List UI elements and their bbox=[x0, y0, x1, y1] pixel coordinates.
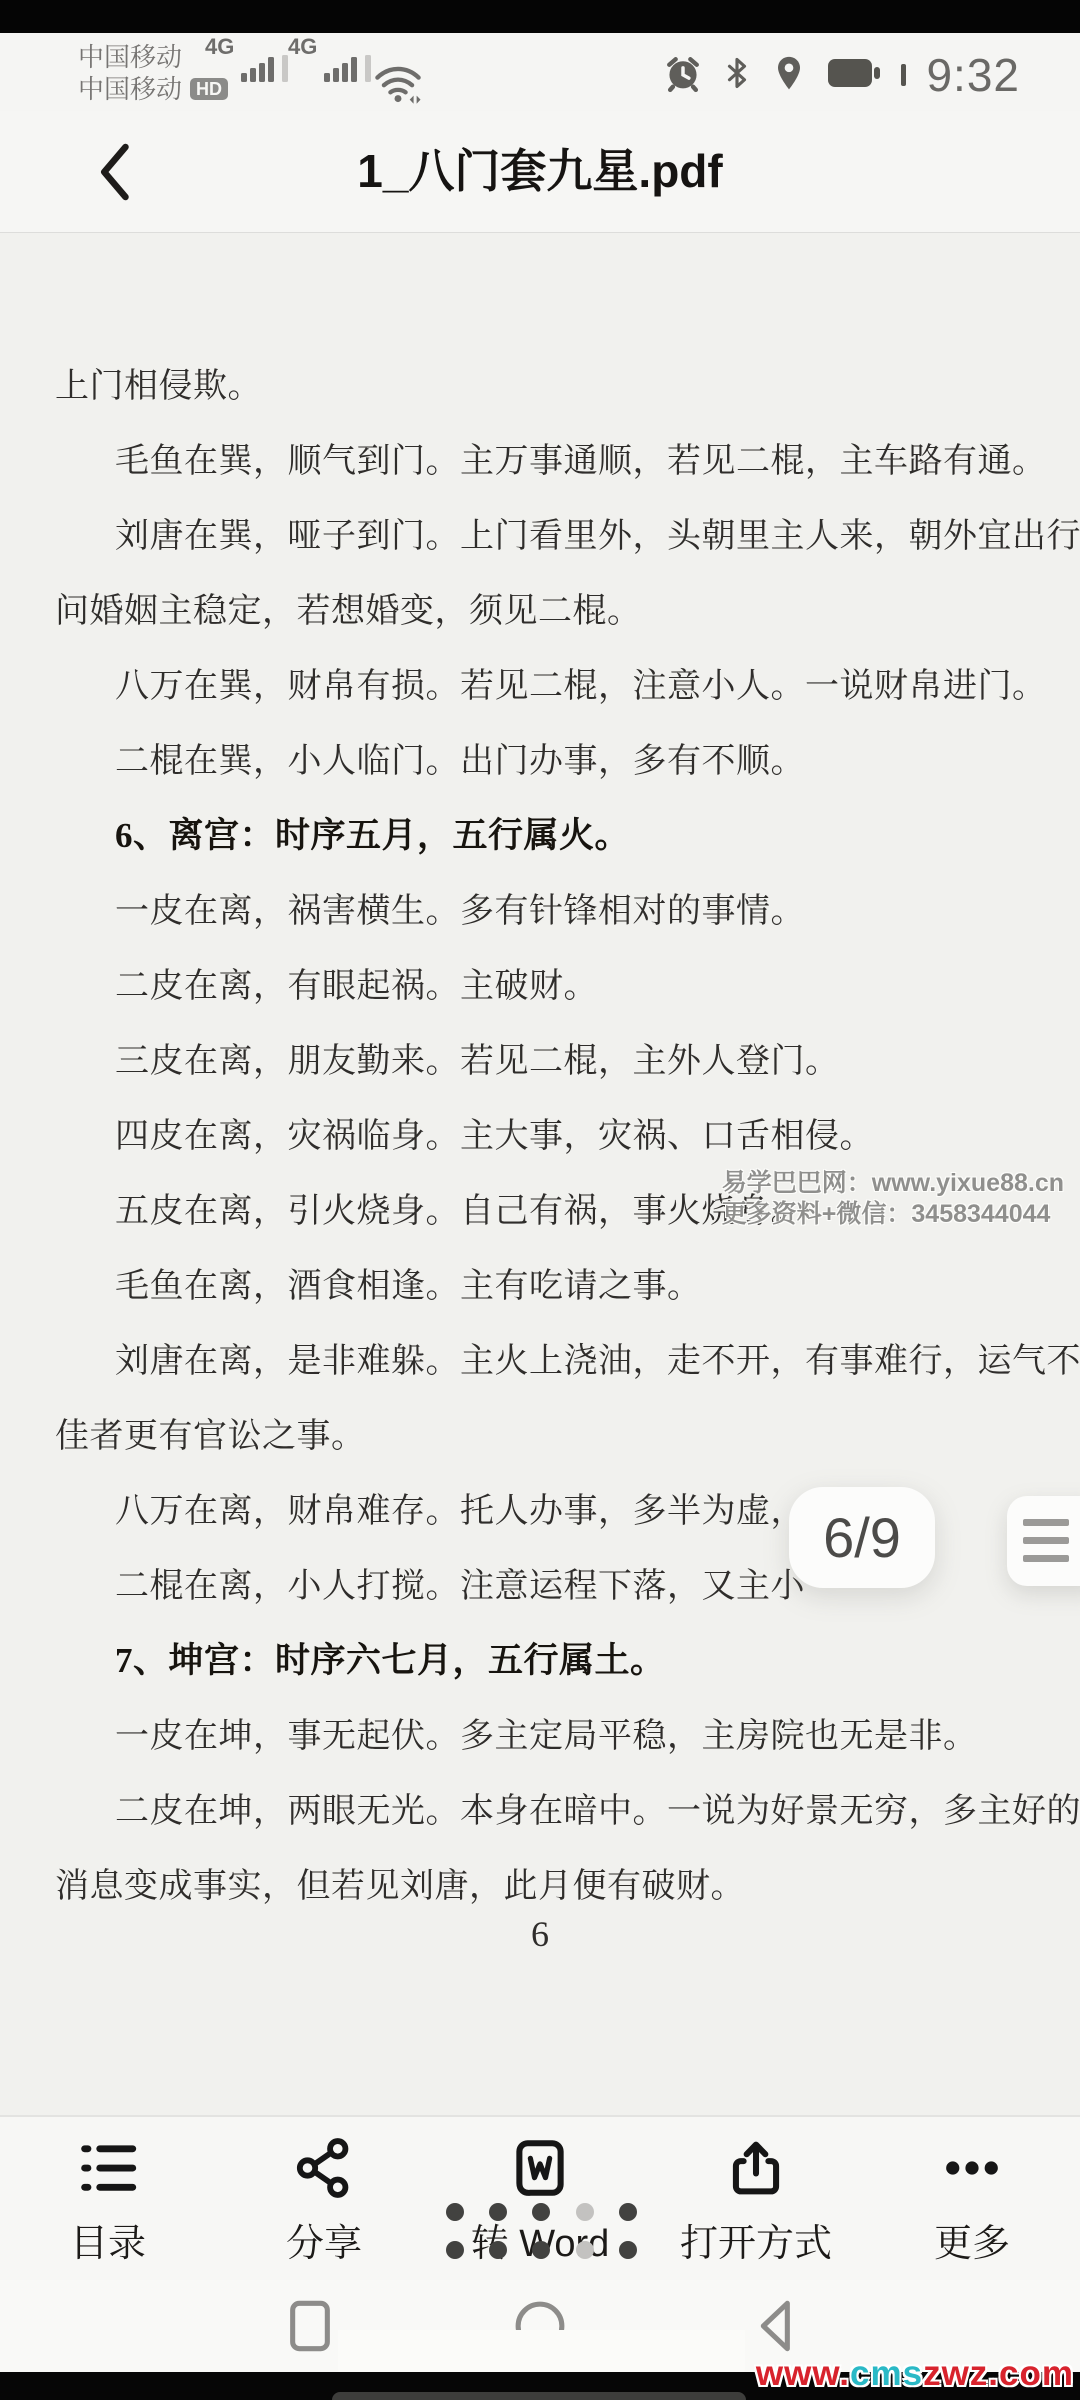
decor-dot bbox=[532, 2203, 550, 2221]
network-type-label-sim1: 4G bbox=[205, 34, 234, 60]
gesture-pill[interactable] bbox=[332, 2392, 746, 2400]
network-type-label-sim2: 4G bbox=[288, 34, 317, 60]
decor-dot bbox=[619, 2241, 637, 2259]
doc-line: 刘唐在离，是非难躲。主火上浇油，走不开，有事难行，运气不 bbox=[115, 1333, 1080, 1382]
page-watermark: 易学巴巴网：www.yixue88.cn 更多资料+微信：3458344044 bbox=[722, 1168, 1064, 1230]
battery-icon bbox=[823, 51, 887, 100]
doc-line: 三皮在离，朋友勤来。若见二棍，主外人登门。 bbox=[115, 1033, 840, 1082]
decor-dot bbox=[446, 2241, 464, 2259]
doc-line: 四皮在离，灾祸临身。主大事，灾祸、口舌相侵。 bbox=[115, 1108, 874, 1157]
doc-line: 一皮在离，祸害横生。多有针锋相对的事情。 bbox=[115, 883, 805, 932]
alarm-icon bbox=[661, 51, 705, 100]
doc-line: 一皮在坤，事无起伏。多主定局平稳，主房院也无是非。 bbox=[115, 1708, 978, 1757]
decor-dot bbox=[576, 2203, 594, 2221]
status-bar: 中国移动 中国移动 HD 4G 4G bbox=[0, 33, 1080, 111]
bluetooth-icon bbox=[719, 51, 755, 100]
status-time: 9:32 bbox=[926, 48, 1020, 102]
doc-line: 毛鱼在离，酒食相逢。主有吃请之事。 bbox=[115, 1258, 702, 1307]
doc-line: 八万在离，财帛难存。托人办事，多半为虚，主 bbox=[115, 1483, 840, 1532]
site-watermark-part3: zwz.com bbox=[923, 2354, 1074, 2393]
recents-button[interactable] bbox=[278, 2294, 342, 2358]
doc-heading: 6、离宫：时序五月，五行属火。 bbox=[115, 808, 630, 858]
page-watermark-line2: 更多资料+微信：3458344044 bbox=[722, 1199, 1064, 1230]
doc-line: 佳者更有官讼之事。 bbox=[55, 1408, 366, 1457]
doc-line: 问婚姻主稳定，若想婚变，须见二棍。 bbox=[55, 583, 642, 632]
wifi-icon bbox=[372, 57, 424, 114]
signal-strength-icon-sim1: 4G bbox=[205, 55, 288, 82]
toolbar-label: 更多 bbox=[864, 2212, 1080, 2267]
doc-line: 刘唐在巽，哑子到门。上门看里外，头朝里主人来，朝外宜出行。 bbox=[115, 508, 1080, 557]
page-indicator-value: 6/9 bbox=[823, 1505, 901, 1570]
toolbar-label: 分享 bbox=[216, 2212, 432, 2267]
location-icon bbox=[769, 51, 809, 100]
doc-line: 二皮在离，有眼起祸。主破财。 bbox=[115, 958, 598, 1007]
pdf-page-number: 6 bbox=[0, 1913, 1080, 1955]
more-dots-icon bbox=[939, 2188, 1005, 2205]
status-bar-right-cluster: 9:32 bbox=[661, 49, 1020, 101]
scroll-handle[interactable] bbox=[1007, 1496, 1080, 1586]
toolbar-item-open-with[interactable]: 打开方式 bbox=[648, 2117, 864, 2282]
doc-line: 消息变成事实，但若见刘唐，此月便有破财。 bbox=[55, 1858, 745, 1907]
decor-dot bbox=[446, 2203, 464, 2221]
decor-dot bbox=[576, 2241, 594, 2259]
back-nav-button[interactable] bbox=[746, 2294, 810, 2358]
carrier-name-sim2-label: 中国移动 bbox=[78, 74, 182, 104]
site-watermark: www.cmszwz.com bbox=[756, 2354, 1074, 2394]
signal-strength-icon-sim2: 4G bbox=[288, 55, 371, 82]
doc-line: 毛鱼在巽，顺气到门。主万事通顺，若见二棍，主车路有通。 bbox=[115, 433, 1047, 482]
doc-line: 八万在巽，财帛有损。若见二棍，注意小人。一说财帛进门。 bbox=[115, 658, 1047, 707]
page-indicator-badge: 6/9 bbox=[789, 1487, 935, 1588]
title-bar: 1_八门套九星.pdf bbox=[0, 111, 1080, 234]
back-chevron-icon bbox=[88, 192, 148, 209]
doc-line: 二棍在离，小人打搅。注意运程下落，又主小 bbox=[115, 1558, 805, 1607]
back-button[interactable] bbox=[88, 139, 148, 205]
doc-line: 上门相侵欺。 bbox=[55, 358, 262, 407]
battery-tip-mark bbox=[901, 64, 906, 86]
open-with-icon bbox=[723, 2188, 789, 2205]
page-watermark-line1: 易学巴巴网：www.yixue88.cn bbox=[722, 1168, 1064, 1199]
toolbar-item-share[interactable]: 分享 bbox=[216, 2117, 432, 2282]
decor-dot bbox=[532, 2241, 550, 2259]
decor-dot bbox=[489, 2241, 507, 2259]
bottom-toolbar: 目录 分享 转 Word 打开方式 bbox=[0, 2115, 1080, 2282]
doc-line: 二皮在坤，两眼无光。本身在暗中。一说为好景无穷，多主好的 bbox=[115, 1783, 1080, 1832]
toolbar-item-more[interactable]: 更多 bbox=[864, 2117, 1080, 2282]
doc-heading: 7、坤宫：时序六七月，五行属土。 bbox=[115, 1633, 666, 1683]
doc-line: 五皮在离，引火烧身。自己有祸，事火烧身。 bbox=[115, 1183, 805, 1232]
toolbar-label: 打开方式 bbox=[648, 2212, 864, 2267]
doc-line: 二棍在巽，小人临门。出门办事，多有不顺。 bbox=[115, 733, 805, 782]
toc-list-icon bbox=[75, 2188, 141, 2205]
site-watermark-part2: cms bbox=[850, 2354, 923, 2393]
share-icon bbox=[291, 2188, 357, 2205]
top-black-strip bbox=[0, 0, 1080, 33]
toolbar-item-toc[interactable]: 目录 bbox=[0, 2117, 216, 2282]
site-watermark-part1: www. bbox=[756, 2354, 850, 2393]
toolbar-label: 目录 bbox=[0, 2212, 216, 2267]
decor-dot bbox=[489, 2203, 507, 2221]
carrier-name-sim1: 中国移动 bbox=[78, 42, 182, 72]
page-title: 1_八门套九星.pdf bbox=[0, 111, 1080, 232]
decor-dot bbox=[619, 2203, 637, 2221]
